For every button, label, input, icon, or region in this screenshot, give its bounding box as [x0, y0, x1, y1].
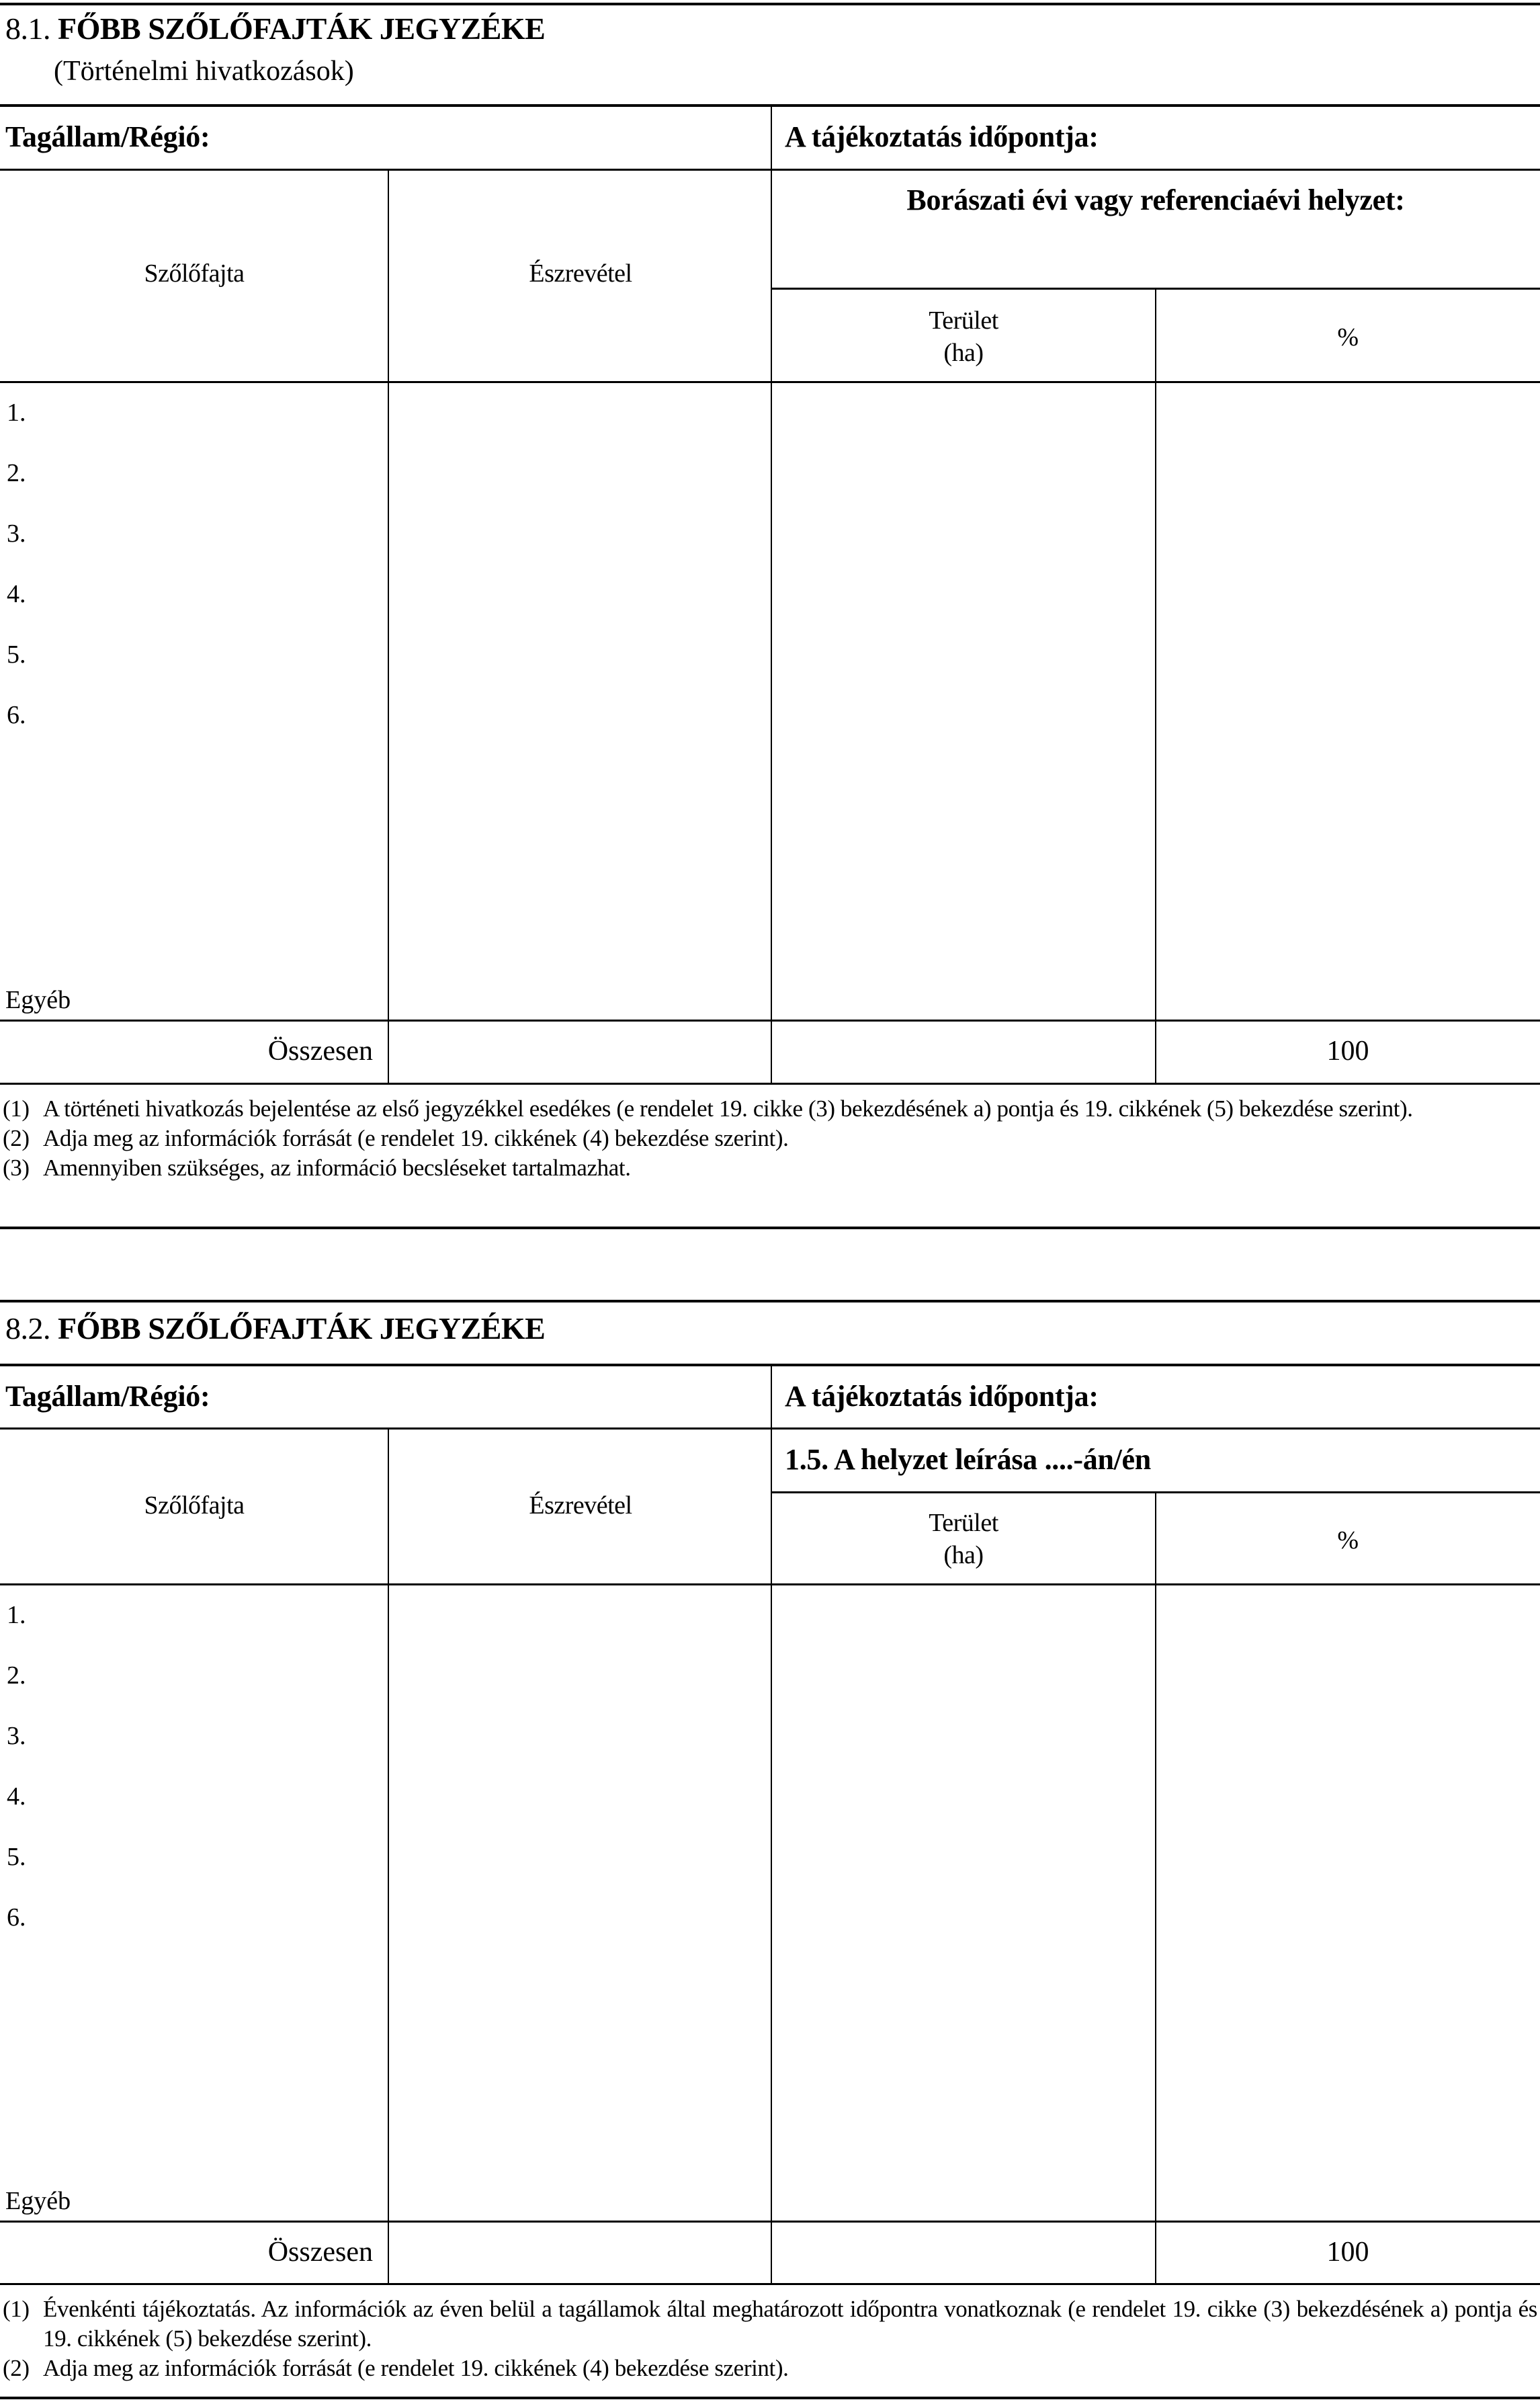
footnote-number: (2) [3, 2354, 43, 2383]
column-header-remark: Észrevétel [390, 1491, 771, 1520]
footnote-text: Amennyiben szükséges, az információ becs… [43, 1153, 1537, 1183]
footnote: (1) A történeti hivatkozás bejelentése a… [3, 1094, 1537, 1124]
top-rule [0, 1300, 1540, 1302]
column-divider [771, 170, 772, 1084]
section-number: 8.1. [5, 11, 50, 46]
footnote-number: (2) [3, 1124, 43, 1153]
footnote-number: (3) [3, 1153, 43, 1183]
footnote-text: Évenkénti tájékoztatás. Az információk a… [43, 2294, 1537, 2354]
row-number: 1. [7, 1600, 26, 1630]
other-label: Egyéb [5, 2186, 71, 2216]
row-number: 5. [7, 1842, 26, 1872]
divider [0, 1083, 1540, 1085]
member-state-label: Tagállam/Régió: [5, 120, 210, 154]
row-number: 6. [7, 700, 26, 730]
column-header-area-unit: (ha) [771, 1540, 1156, 1570]
divider [0, 2221, 1540, 2223]
divider [0, 104, 1540, 107]
column-divider [771, 1429, 772, 2284]
column-header-remark: Észrevétel [390, 259, 771, 288]
bottom-rule [0, 2397, 1540, 2399]
situation-label: Borászati évi vagy referenciaévi helyzet… [771, 183, 1540, 217]
row-number: 1. [7, 398, 26, 427]
row-number: 4. [7, 579, 26, 609]
footnote-text: Adja meg az információk forrását (e rend… [43, 2354, 1537, 2383]
divider [771, 1365, 772, 1429]
footnote: (3) Amennyiben szükséges, az információ … [3, 1153, 1537, 1183]
column-divider [1155, 1492, 1156, 2284]
column-header-area: Terület [771, 306, 1156, 335]
row-number: 3. [7, 519, 26, 548]
column-divider [388, 170, 389, 1084]
row-number: 2. [7, 458, 26, 488]
column-header-area: Terület [771, 1508, 1156, 1538]
divider [0, 1427, 1540, 1430]
footnote: (2) Adja meg az információk forrását (e … [3, 2354, 1537, 2383]
column-header-area-unit: (ha) [771, 338, 1156, 368]
column-header-variety: Szőlőfajta [0, 1491, 388, 1520]
column-divider [388, 1429, 389, 2284]
total-label: Összesen [0, 1035, 373, 1067]
section-heading: FŐBB SZŐLŐFAJTÁK JEGYZÉKE [58, 11, 545, 46]
column-header-percent: % [1156, 323, 1540, 352]
section-title: 8.2. FŐBB SZŐLŐFAJTÁK JEGYZÉKE [5, 1311, 545, 1346]
row-number: 2. [7, 1661, 26, 1690]
other-label: Egyéb [5, 985, 71, 1015]
total-percent: 100 [1156, 2236, 1540, 2268]
section-heading: FŐBB SZŐLŐFAJTÁK JEGYZÉKE [58, 1311, 545, 1345]
divider [0, 2283, 1540, 2285]
footnote: (2) Adja meg az információk forrását (e … [3, 1124, 1537, 1153]
row-number: 3. [7, 1721, 26, 1751]
member-state-label: Tagállam/Régió: [5, 1379, 210, 1413]
row-number: 5. [7, 640, 26, 669]
top-rule [0, 3, 1540, 5]
column-header-variety: Szőlőfajta [0, 259, 388, 288]
row-number: 6. [7, 1903, 26, 1932]
total-percent: 100 [1156, 1035, 1540, 1067]
section-title: 8.1. FŐBB SZŐLŐFAJTÁK JEGYZÉKE [5, 11, 545, 46]
footnote-text: A történeti hivatkozás bejelentése az el… [43, 1094, 1537, 1124]
divider [771, 106, 772, 170]
row-number: 4. [7, 1782, 26, 1811]
divider [0, 1020, 1540, 1022]
bottom-rule [0, 1227, 1540, 1229]
divider [0, 169, 1540, 171]
column-header-percent: % [1156, 1526, 1540, 1555]
divider [0, 1364, 1540, 1366]
section-subtitle: (Történelmi hivatkozások) [54, 55, 354, 87]
footnote-number: (1) [3, 2294, 43, 2354]
footnote-number: (1) [3, 1094, 43, 1124]
info-date-label: A tájékoztatás időpontja: [785, 120, 1099, 154]
situation-label: 1.5. A helyzet leírása ....-án/én [785, 1442, 1151, 1477]
info-date-label: A tájékoztatás időpontja: [785, 1379, 1099, 1413]
divider [0, 381, 1540, 383]
footnotes: (1) A történeti hivatkozás bejelentése a… [3, 1094, 1537, 1183]
footnote-text: Adja meg az információk forrását (e rend… [43, 1124, 1537, 1153]
footnote: (1) Évenkénti tájékoztatás. Az informáci… [3, 2294, 1537, 2354]
total-label: Összesen [0, 2236, 373, 2268]
divider [0, 1583, 1540, 1585]
footnotes: (1) Évenkénti tájékoztatás. Az informáci… [3, 2294, 1537, 2383]
section-number: 8.2. [5, 1311, 50, 1345]
column-divider [1155, 288, 1156, 1084]
